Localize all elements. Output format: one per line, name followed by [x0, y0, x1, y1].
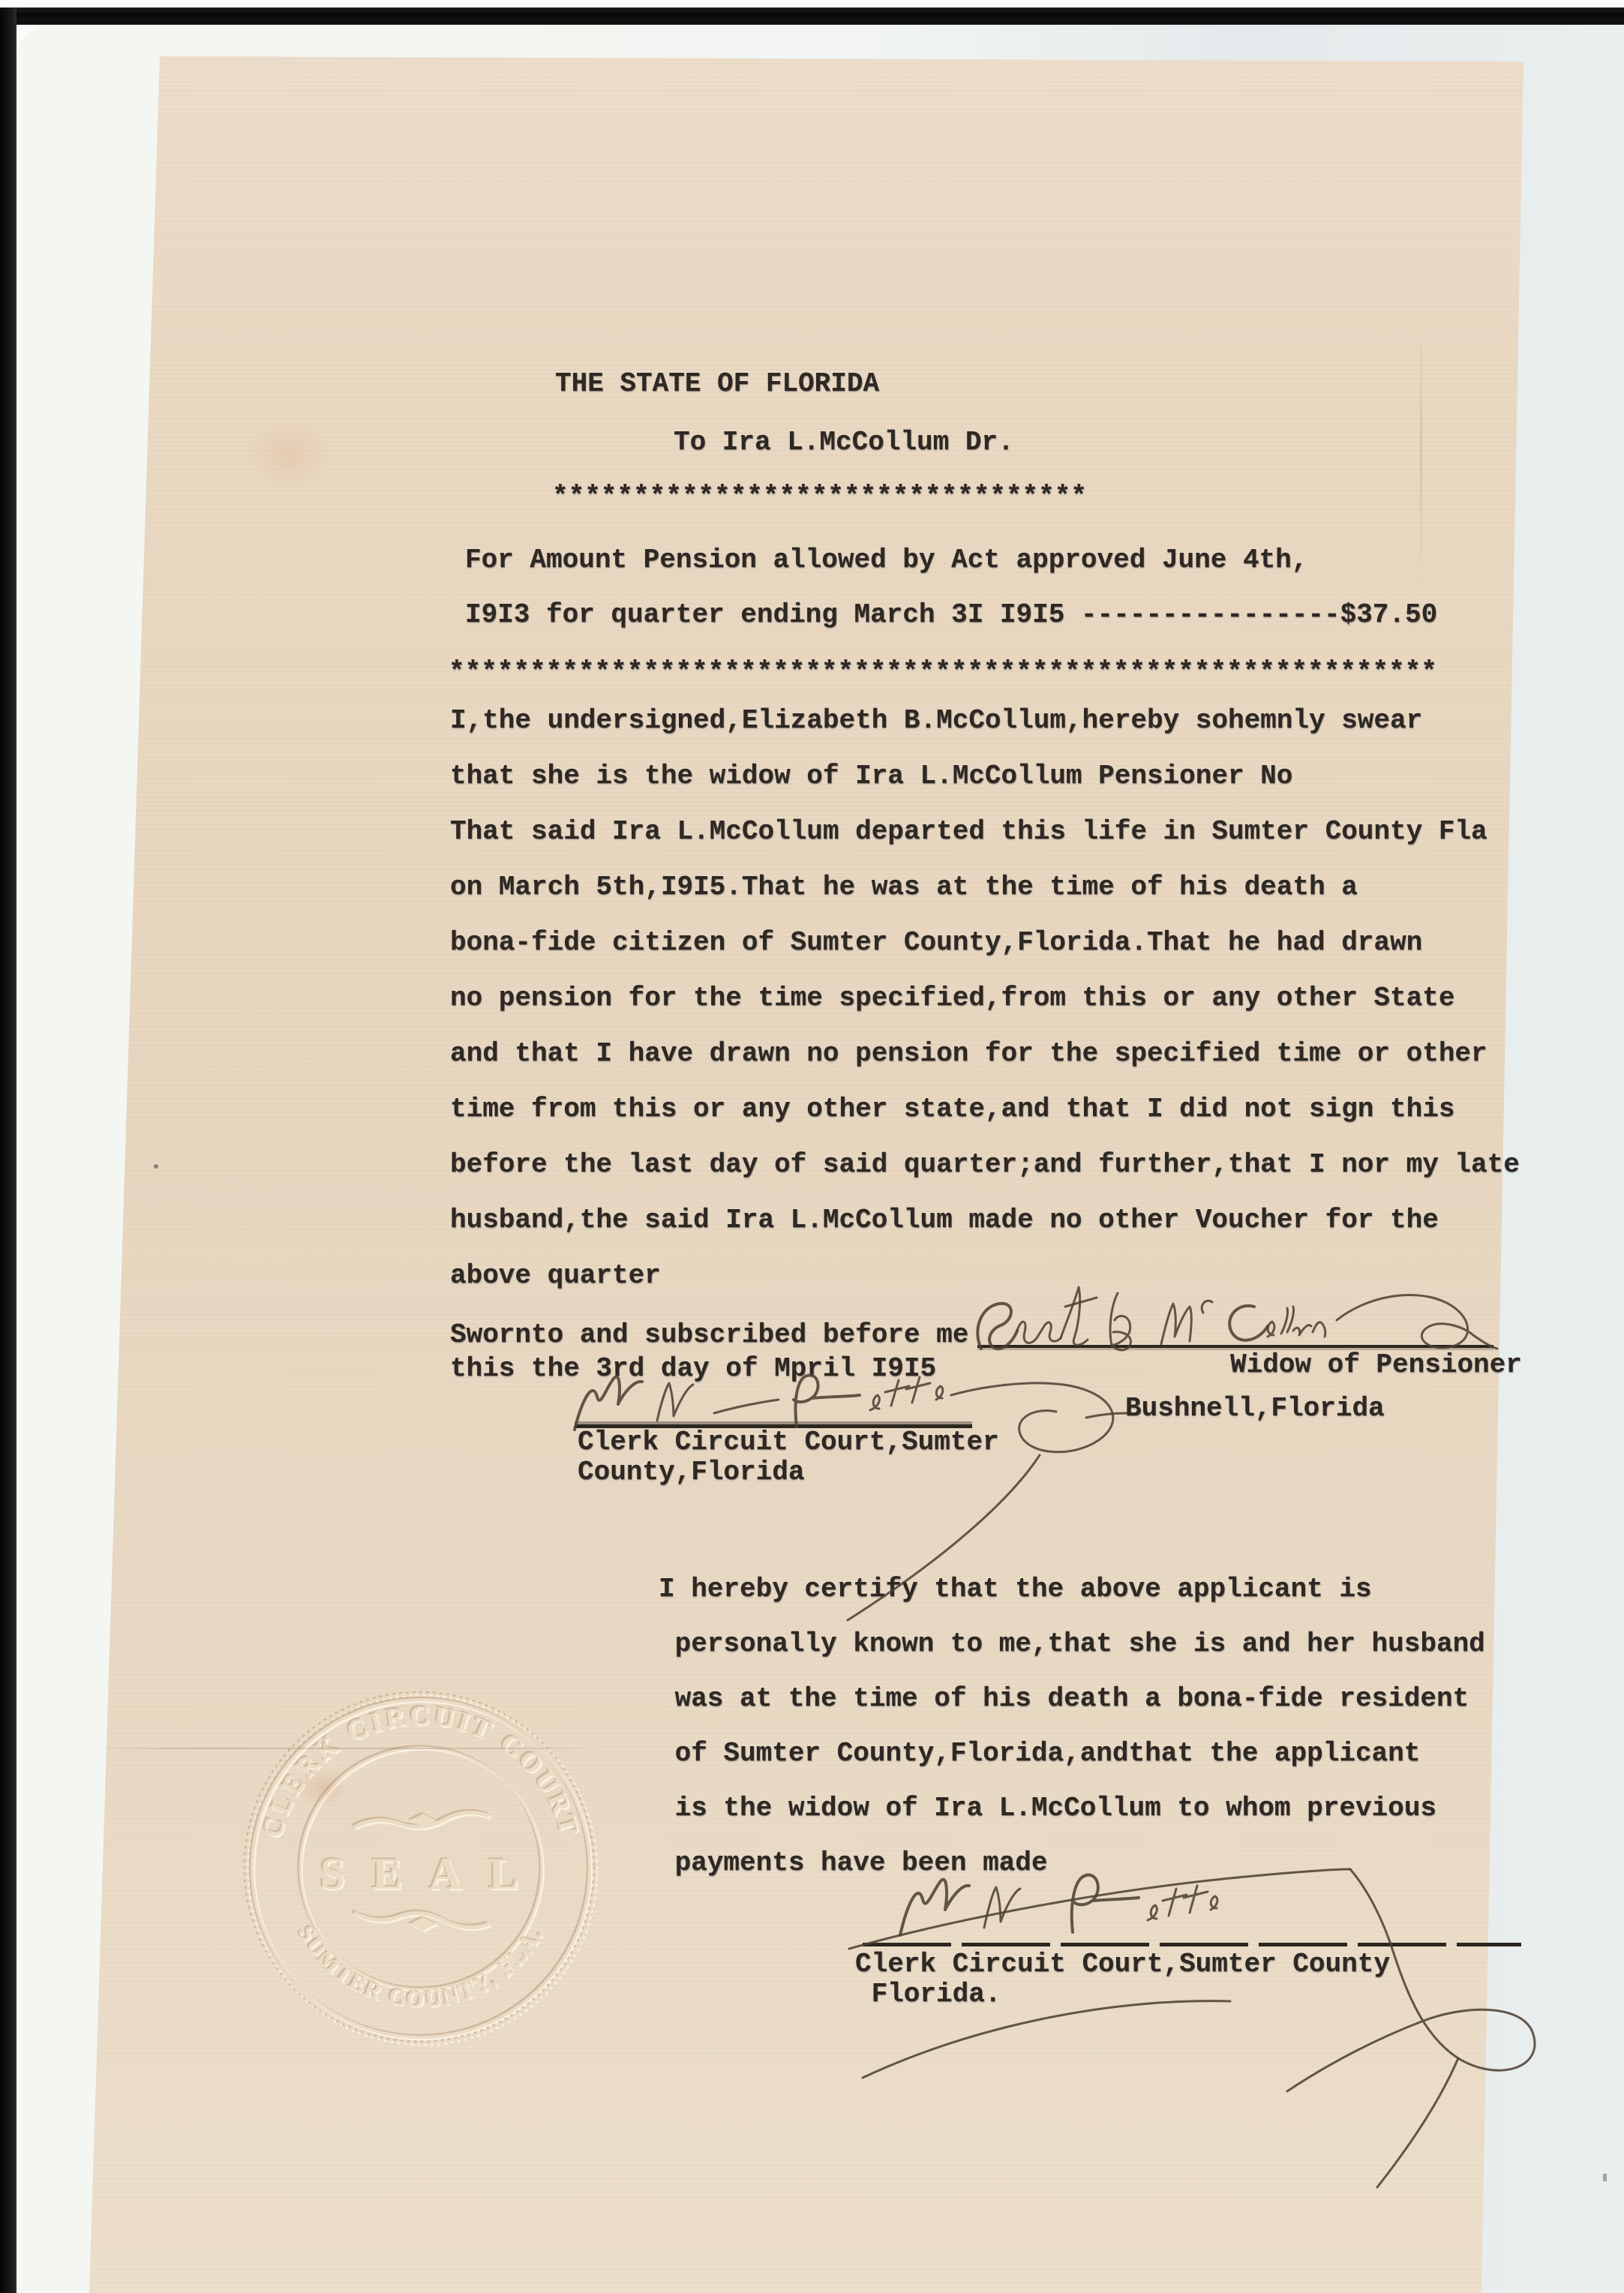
- clerk-signature-upper: [575, 1376, 1127, 1620]
- paper-crease: [90, 1748, 608, 1749]
- paper-stain: [296, 1766, 349, 1808]
- handwritten-ink-layer: [0, 0, 1624, 2293]
- paper-stain: [248, 420, 330, 488]
- paper-speck: [154, 1164, 158, 1169]
- widow-signature: [977, 1287, 1497, 1350]
- scanned-document-page: { "header": { "title": "THE STATE OF FLO…: [0, 0, 1624, 2293]
- clerk-signature-lower: [849, 1869, 1535, 2187]
- paper-speck: [1603, 2174, 1607, 2181]
- scan-streak: [1420, 315, 1422, 585]
